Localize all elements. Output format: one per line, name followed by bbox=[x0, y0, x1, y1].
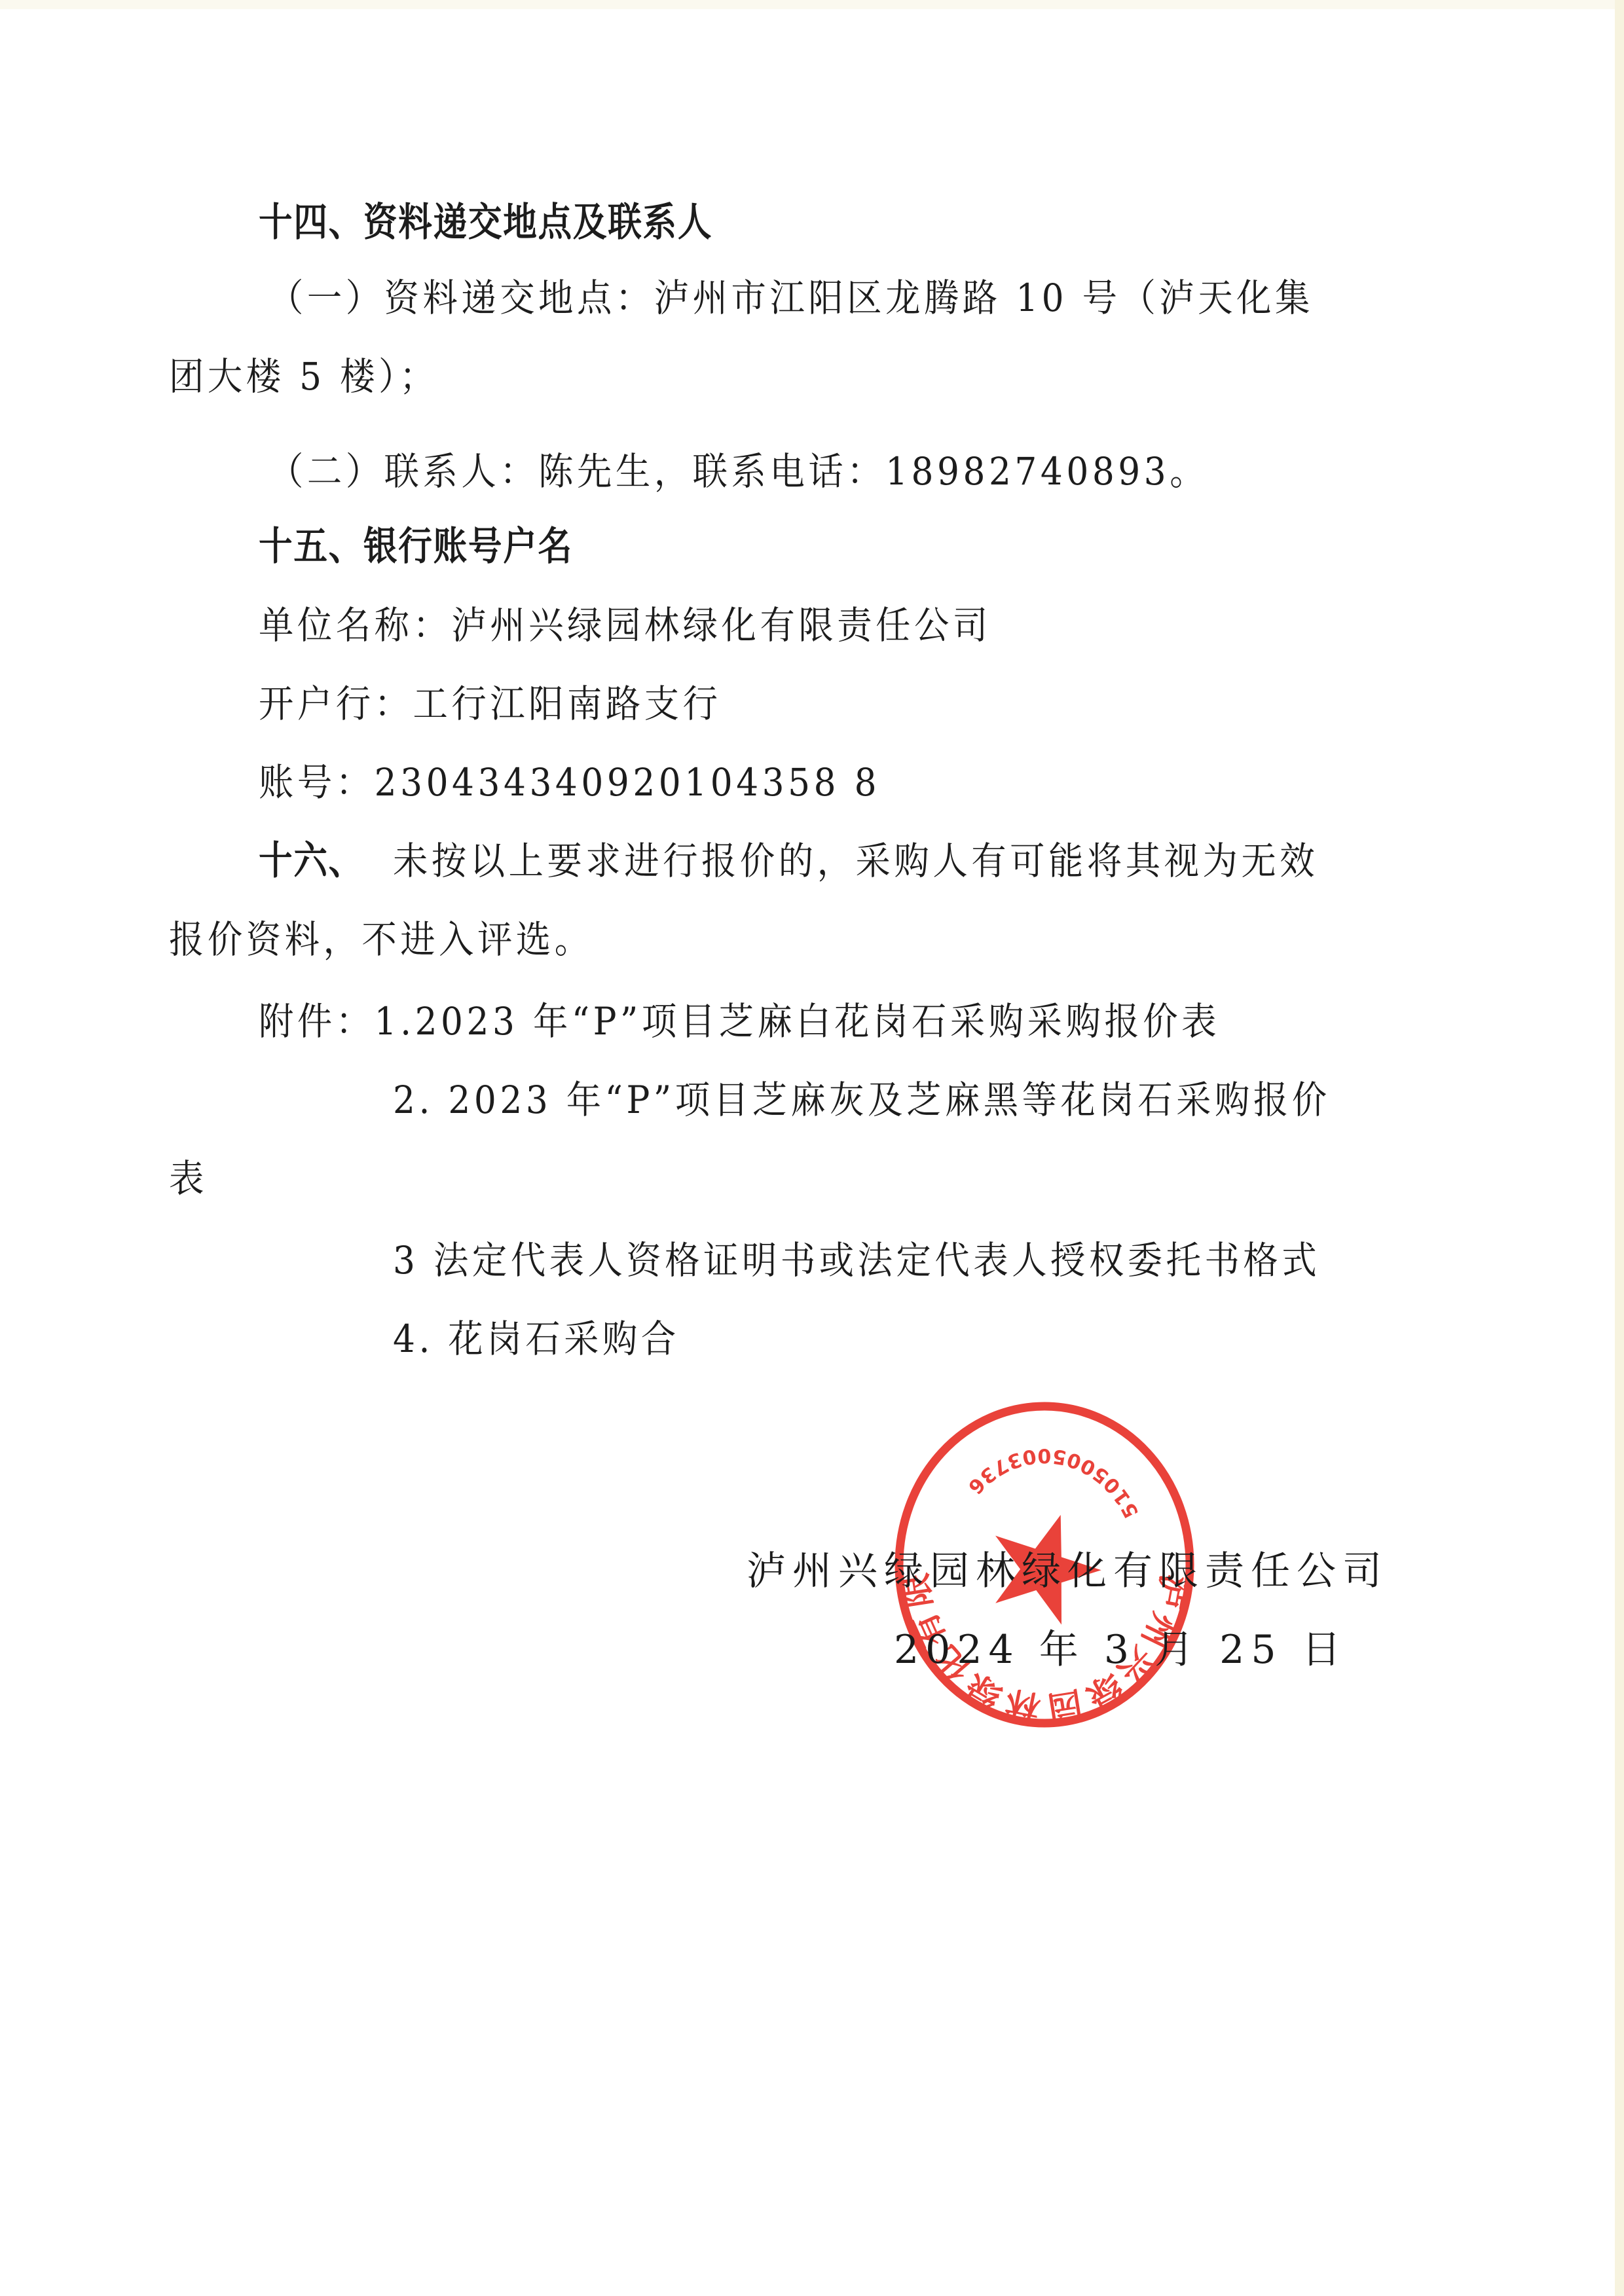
section-14-item-1-line-1: （一）资料递交地点：泸州市江阳区龙腾路 10 号（泸天化集 bbox=[268, 275, 1314, 321]
attachment-3: 3 法定代表人资格证明书或法定代表人授权委托书格式 bbox=[393, 1237, 1320, 1283]
company-name-line: 单位名称：泸州兴绿园林绿化有限责任公司 bbox=[259, 602, 991, 648]
attachment-2-line-1: 2. 2023 年“P”项目芝麻灰及芝麻黑等花岗石采购报价 bbox=[393, 1077, 1331, 1123]
bank-line: 开户行：工行江阳南路支行 bbox=[259, 681, 722, 727]
attachment-4: 4. 花岗石采购合 bbox=[393, 1316, 680, 1362]
section-16-heading: 十六、 bbox=[259, 838, 363, 884]
scan-edge bbox=[1615, 0, 1624, 2296]
signature-date: 2024 年 3 月 25 日 bbox=[894, 1627, 1348, 1673]
attachment-1: 附件：1.2023 年“P”项目芝麻白花岗石采购采购报价表 bbox=[259, 998, 1220, 1044]
section-16-line-2: 报价资料，不进入评选。 bbox=[169, 917, 593, 962]
account-line: 账号：230434340920104358 8 bbox=[259, 759, 880, 805]
signature-company: 泸州兴绿园林绿化有限责任公司 bbox=[747, 1548, 1388, 1594]
section-14-item-1-line-2: 团大楼 5 楼）； bbox=[169, 354, 438, 399]
attachment-2-line-2: 表 bbox=[169, 1156, 208, 1201]
section-14-heading: 十四、资料递交地点及联系人 bbox=[259, 200, 712, 246]
section-16-line-1: 未按以上要求进行报价的，采购人有可能将其视为无效 bbox=[393, 838, 1318, 884]
section-15-heading: 十五、银行账号户名 bbox=[259, 524, 573, 570]
section-14-item-2: （二）联系人：陈先生，联系电话：18982740893。 bbox=[268, 448, 1208, 494]
svg-text:5105005003736: 5105005003736 bbox=[961, 1444, 1143, 1522]
document-page bbox=[0, 9, 1615, 2296]
